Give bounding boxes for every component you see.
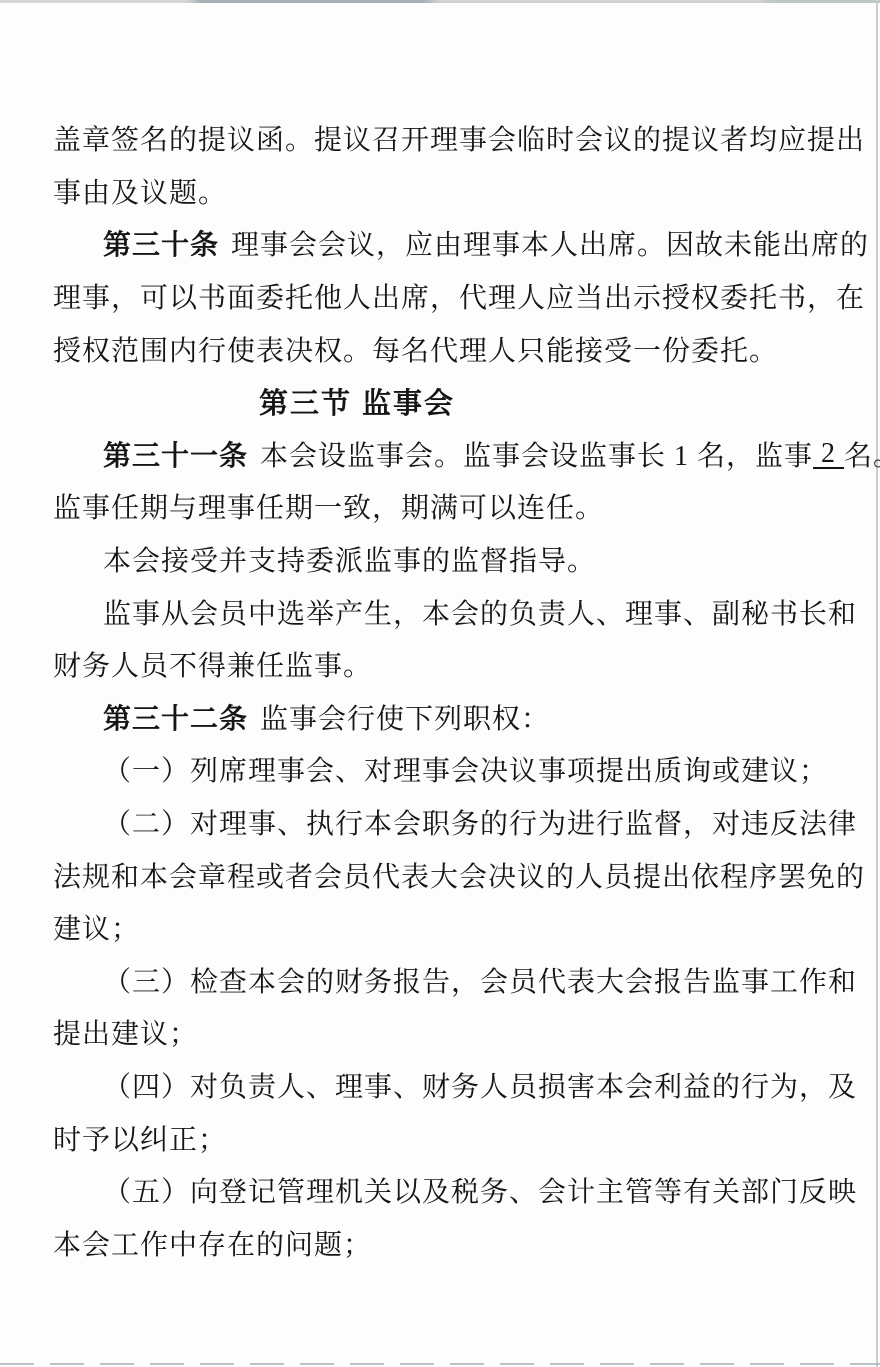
scan-top-edge-artifact xyxy=(0,0,880,3)
text-line: 授权范围内行使表决权。每名代理人只能接受一份委托。 xyxy=(53,322,832,375)
text-segment: 建议； xyxy=(53,907,140,947)
text-line: 建议； xyxy=(53,901,832,954)
article-number: 第三十条 xyxy=(103,223,219,263)
text-line: 监事从会员中选举产生，本会的负责人、理事、副秘书长和 xyxy=(53,585,832,638)
text-segment: 理事，可以书面委托他人出席，代理人应当出示授权委托书，在 xyxy=(53,276,865,316)
scan-right-edge-artifact xyxy=(876,0,878,1367)
text-line: （二）对理事、执行本会职务的行为进行监督，对违反法律 xyxy=(53,796,832,849)
article-number: 第三十一条 xyxy=(103,434,248,474)
section-heading-text: 第三节 监事会 xyxy=(259,381,455,422)
text-segment: 本会接受并支持委派监事的监督指导。 xyxy=(103,539,596,579)
text-line: （四）对负责人、理事、财务人员损害本会利益的行为，及 xyxy=(53,1059,832,1112)
text-segment: 时予以纠正； xyxy=(53,1118,227,1158)
text-line: 第三十一条本会设监事会。监事会设监事长 1 名，监事 2 名。 xyxy=(53,428,832,481)
text-line: 本会工作中存在的问题； xyxy=(53,1216,832,1269)
text-line: 财务人员不得兼任监事。 xyxy=(53,638,832,691)
underlined-value: 2 xyxy=(813,438,844,470)
text-segment: （三）检查本会的财务报告，会员代表大会报告监事工作和 xyxy=(103,960,857,1000)
document-body: 盖章签名的提议函。提议召开理事会临时会议的提议者均应提出事由及议题。第三十条理事… xyxy=(53,112,832,1269)
text-segment: 名。 xyxy=(844,434,880,474)
text-segment: 监事会行使下列职权： xyxy=(260,697,550,737)
text-segment: 授权范围内行使表决权。每名代理人只能接受一份委托。 xyxy=(53,329,778,369)
text-segment: 本会工作中存在的问题； xyxy=(53,1223,372,1263)
text-segment: 法规和本会章程或者会员代表大会决议的人员提出依程序罢免的 xyxy=(53,855,865,895)
text-segment: （一）列席理事会、对理事会决议事项提出质询或建议； xyxy=(103,749,828,789)
text-line: （五）向登记管理机关以及税务、会计主管等有关部门反映 xyxy=(53,1164,832,1217)
text-segment: 财务人员不得兼任监事。 xyxy=(53,644,372,684)
text-segment: （二）对理事、执行本会职务的行为进行监督，对违反法律 xyxy=(103,802,857,842)
text-line: 理事，可以书面委托他人出席，代理人应当出示授权委托书，在 xyxy=(53,270,832,323)
text-segment: 本会设监事会。监事会设监事长 1 名，监事 xyxy=(260,434,813,474)
text-line: （一）列席理事会、对理事会决议事项提出质询或建议； xyxy=(53,743,832,796)
text-line: （三）检查本会的财务报告，会员代表大会报告监事工作和 xyxy=(53,954,832,1007)
text-segment: 提出建议； xyxy=(53,1012,198,1052)
text-line: 第三十二条监事会行使下列职权： xyxy=(53,691,832,744)
text-line: 盖章签名的提议函。提议召开理事会临时会议的提议者均应提出 xyxy=(53,112,832,165)
text-segment: （五）向登记管理机关以及税务、会计主管等有关部门反映 xyxy=(103,1170,857,1210)
article-number: 第三十二条 xyxy=(103,697,248,737)
text-segment: 监事从会员中选举产生，本会的负责人、理事、副秘书长和 xyxy=(103,592,857,632)
section-heading: 第三节 监事会 xyxy=(53,375,832,428)
text-line: 事由及议题。 xyxy=(53,165,832,218)
text-line: 时予以纠正； xyxy=(53,1111,832,1164)
text-line: 监事任期与理事任期一致，期满可以连任。 xyxy=(53,480,832,533)
text-segment: 监事任期与理事任期一致，期满可以连任。 xyxy=(53,486,604,526)
text-segment: 事由及议题。 xyxy=(53,171,227,211)
text-segment: （四）对负责人、理事、财务人员损害本会利益的行为，及 xyxy=(103,1065,857,1105)
scan-bottom-edge-artifact xyxy=(0,1363,880,1365)
text-segment: 盖章签名的提议函。提议召开理事会临时会议的提议者均应提出 xyxy=(53,118,865,158)
scanned-document-page: 盖章签名的提议函。提议召开理事会临时会议的提议者均应提出事由及议题。第三十条理事… xyxy=(0,0,880,1367)
text-segment: 理事会会议，应由理事本人出席。因故未能出席的 xyxy=(231,223,869,263)
text-line: 法规和本会章程或者会员代表大会决议的人员提出依程序罢免的 xyxy=(53,848,832,901)
text-line: 第三十条理事会会议，应由理事本人出席。因故未能出席的 xyxy=(53,217,832,270)
text-line: 本会接受并支持委派监事的监督指导。 xyxy=(53,533,832,586)
text-line: 提出建议； xyxy=(53,1006,832,1059)
